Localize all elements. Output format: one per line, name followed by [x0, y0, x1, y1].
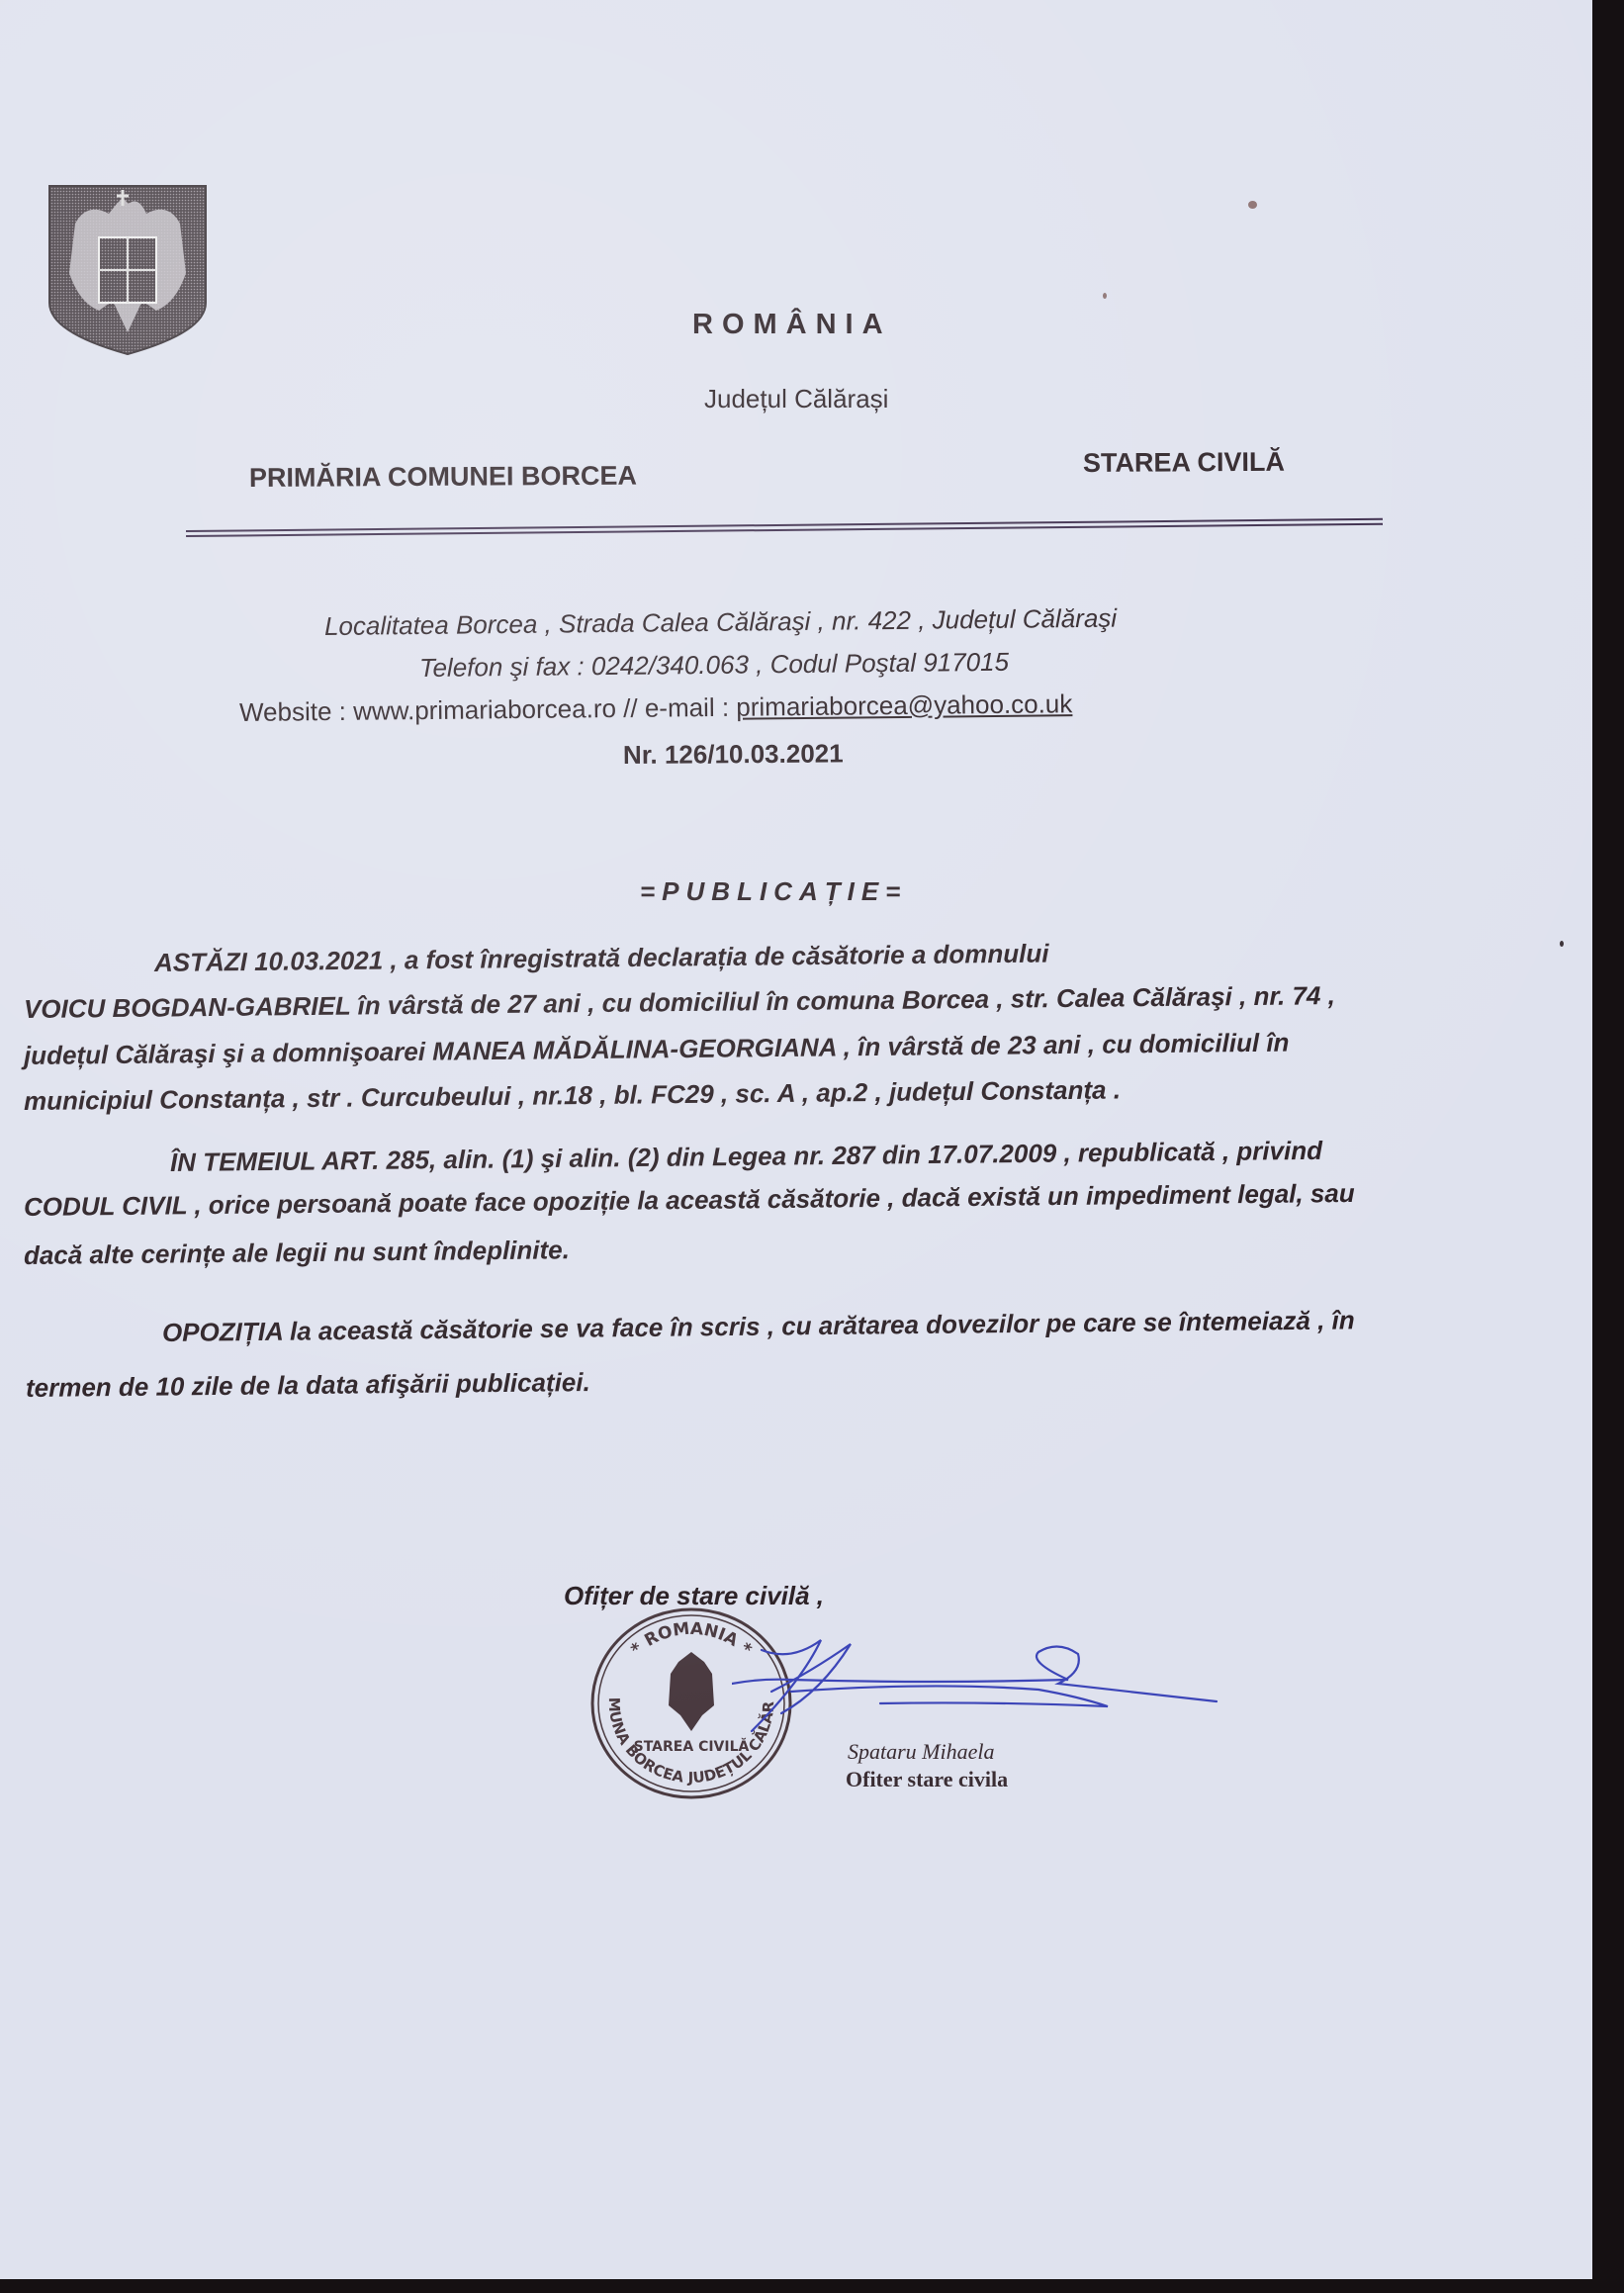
signer-name: Spataru Mihaela: [848, 1739, 995, 1765]
paragraph-1-line-1: ASTĂZI 10.03.2021 , a fost înregistrată …: [154, 939, 1049, 978]
department-name: STAREA CIVILĂ: [1083, 447, 1285, 479]
header-double-rule: [186, 518, 1383, 539]
paragraph-1-line-2: VOICU BOGDAN-GABRIEL în vârstă de 27 ani…: [24, 980, 1335, 1025]
paragraph-2-line-3: dacă alte cerințe ale legii nu sunt înde…: [24, 1235, 570, 1271]
paragraph-2-line-1: ÎN TEMEIUL ART. 285, alin. (1) şi alin. …: [170, 1136, 1322, 1178]
reference-number: Nr. 126/10.03.2021: [623, 738, 844, 771]
institution-name: PRIMĂRIA COMUNEI BORCEA: [249, 461, 637, 494]
paragraph-3-line-1: OPOZIȚIA la această căsătorie se va face…: [162, 1305, 1355, 1348]
email-link[interactable]: primariaborcea@yahoo.co.uk: [736, 688, 1072, 722]
website-email-line: Website : www.primariaborcea.ro // e-mai…: [239, 688, 1073, 728]
phone-postal-line: Telefon şi fax : 0242/340.063 , Codul Po…: [419, 647, 1009, 684]
paragraph-3-line-2: termen de 10 zile de la data afişării pu…: [26, 1367, 590, 1404]
paper-speck: [1248, 201, 1257, 209]
paper-speck: [1560, 941, 1564, 947]
county-heading: Județul Călărași: [704, 384, 888, 414]
publication-title: =PUBLICAȚIE=: [640, 876, 907, 907]
country-heading: ROMÂNIA: [692, 309, 892, 341]
scanned-page: ROMÂNIA Județul Călărași PRIMĂRIA COMUNE…: [0, 0, 1592, 2279]
paragraph-2-line-2: CODUL CIVIL , orice persoană poate face …: [24, 1178, 1355, 1223]
paragraph-1-line-4: municipiul Constanța , str . Curcubeului…: [24, 1074, 1121, 1117]
handwritten-signature: [732, 1622, 1236, 1741]
website-label: Website : www.primariaborcea.ro // e-mai…: [239, 692, 737, 727]
paper-speck: [1103, 293, 1107, 299]
address-line: Localitatea Borcea , Strada Calea Călăra…: [324, 603, 1117, 642]
paragraph-1-line-3: județul Călăraşi şi a domnişoarei MANEA …: [24, 1028, 1290, 1071]
signer-role: Ofiter stare civila: [846, 1767, 1008, 1792]
romanian-coat-of-arms-icon: [47, 184, 208, 356]
